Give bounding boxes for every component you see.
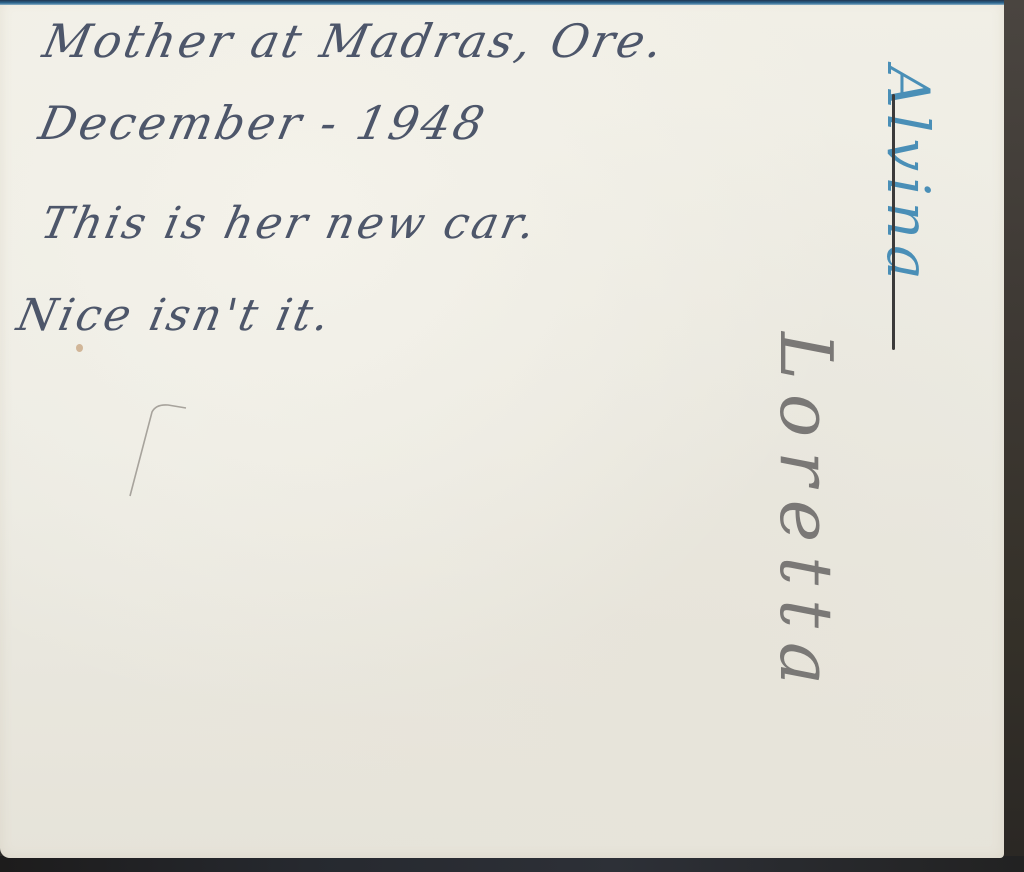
scanner-background-right	[1002, 0, 1024, 872]
name-pencil: Loretta	[764, 332, 848, 699]
note-line-new-car: This is her new car.	[37, 198, 543, 249]
paper-crease-mark	[128, 402, 188, 498]
note-line-location: Mother at Madras, Ore.	[38, 14, 671, 68]
paper-stain-spot	[76, 344, 83, 352]
strike-through-line	[892, 94, 895, 350]
photo-top-edge	[0, 0, 1004, 5]
scanner-background-bottom	[0, 856, 1024, 872]
note-line-date: December - 1948	[34, 96, 492, 150]
name-blue-ink: Alvina	[874, 66, 942, 286]
photo-paper: Mother at Madras, Ore. December - 1948 T…	[0, 0, 1004, 858]
scanned-photo-back: Mother at Madras, Ore. December - 1948 T…	[0, 0, 1024, 872]
note-line-nice: Nice isn't it.	[13, 290, 338, 341]
